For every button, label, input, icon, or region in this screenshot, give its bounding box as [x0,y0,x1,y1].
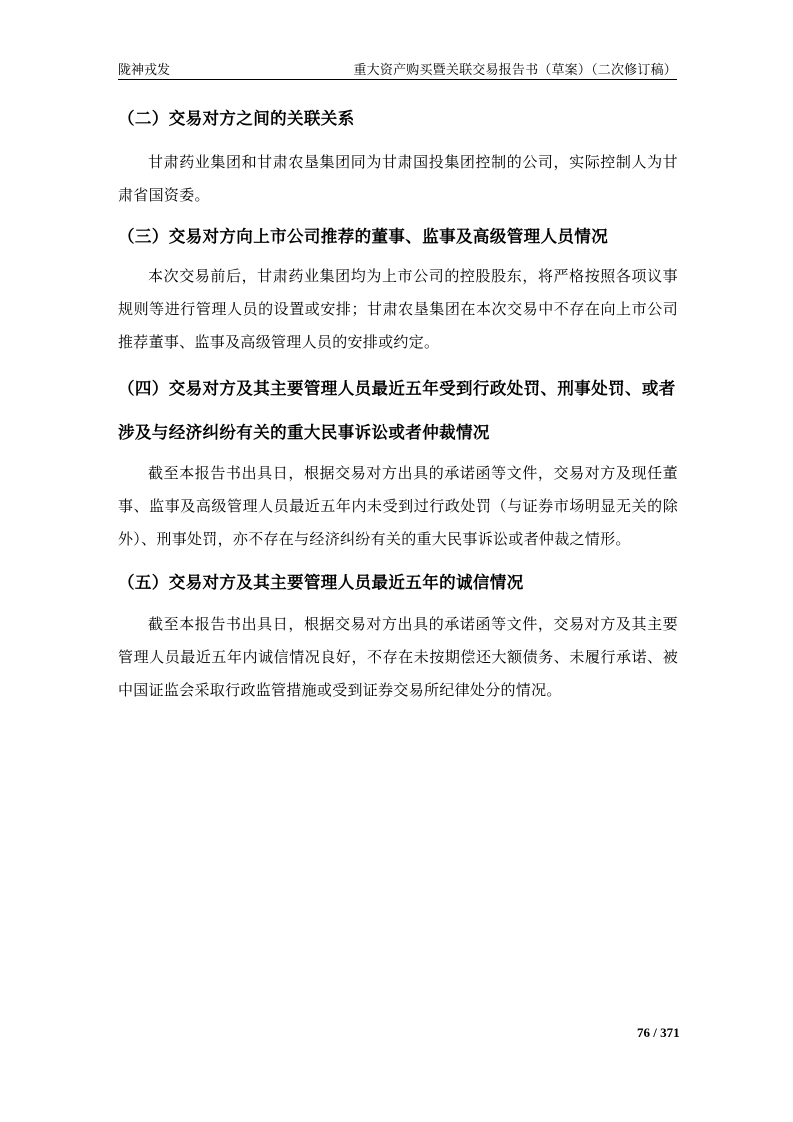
section-paragraph-3: 本次交易前后，甘肃药业集团均为上市公司的控股股东，将严格按照各项议事规则等进行管… [118,260,678,359]
section-heading-5: （五）交易对方及其主要管理人员最近五年的诚信情况 [118,566,678,600]
header-company-name: 陇神戎发 [118,59,170,78]
section-paragraph-2: 甘肃药业集团和甘肃农垦集团同为甘肃国投集团控制的公司，实际控制人为甘肃省国资委。 [118,146,678,212]
section-heading-4: （四）交易对方及其主要管理人员最近五年受到行政处罚、刑事处罚、或者涉及与经济纠纷… [118,367,678,455]
section-paragraph-5: 截至本报告书出具日，根据交易对方出具的承诺函等文件，交易对方及其主要管理人员最近… [118,608,678,707]
section-paragraph-4: 截至本报告书出具日，根据交易对方出具的承诺函等文件，交易对方及现任董事、监事及高… [118,457,678,556]
document-body: （二）交易对方之间的关联关系 甘肃药业集团和甘肃农垦集团同为甘肃国投集团控制的公… [118,102,678,707]
header-document-title: 重大资产购买暨关联交易报告书（草案）（二次修订稿） [353,59,677,78]
section-heading-2: （二）交易对方之间的关联关系 [118,102,678,136]
section-heading-3: （三）交易对方向上市公司推荐的董事、监事及高级管理人员情况 [118,220,678,254]
page-number: 76 / 371 [637,1025,680,1041]
page-header: 陇神戎发 重大资产购买暨关联交易报告书（草案）（二次修订稿） [118,57,677,80]
